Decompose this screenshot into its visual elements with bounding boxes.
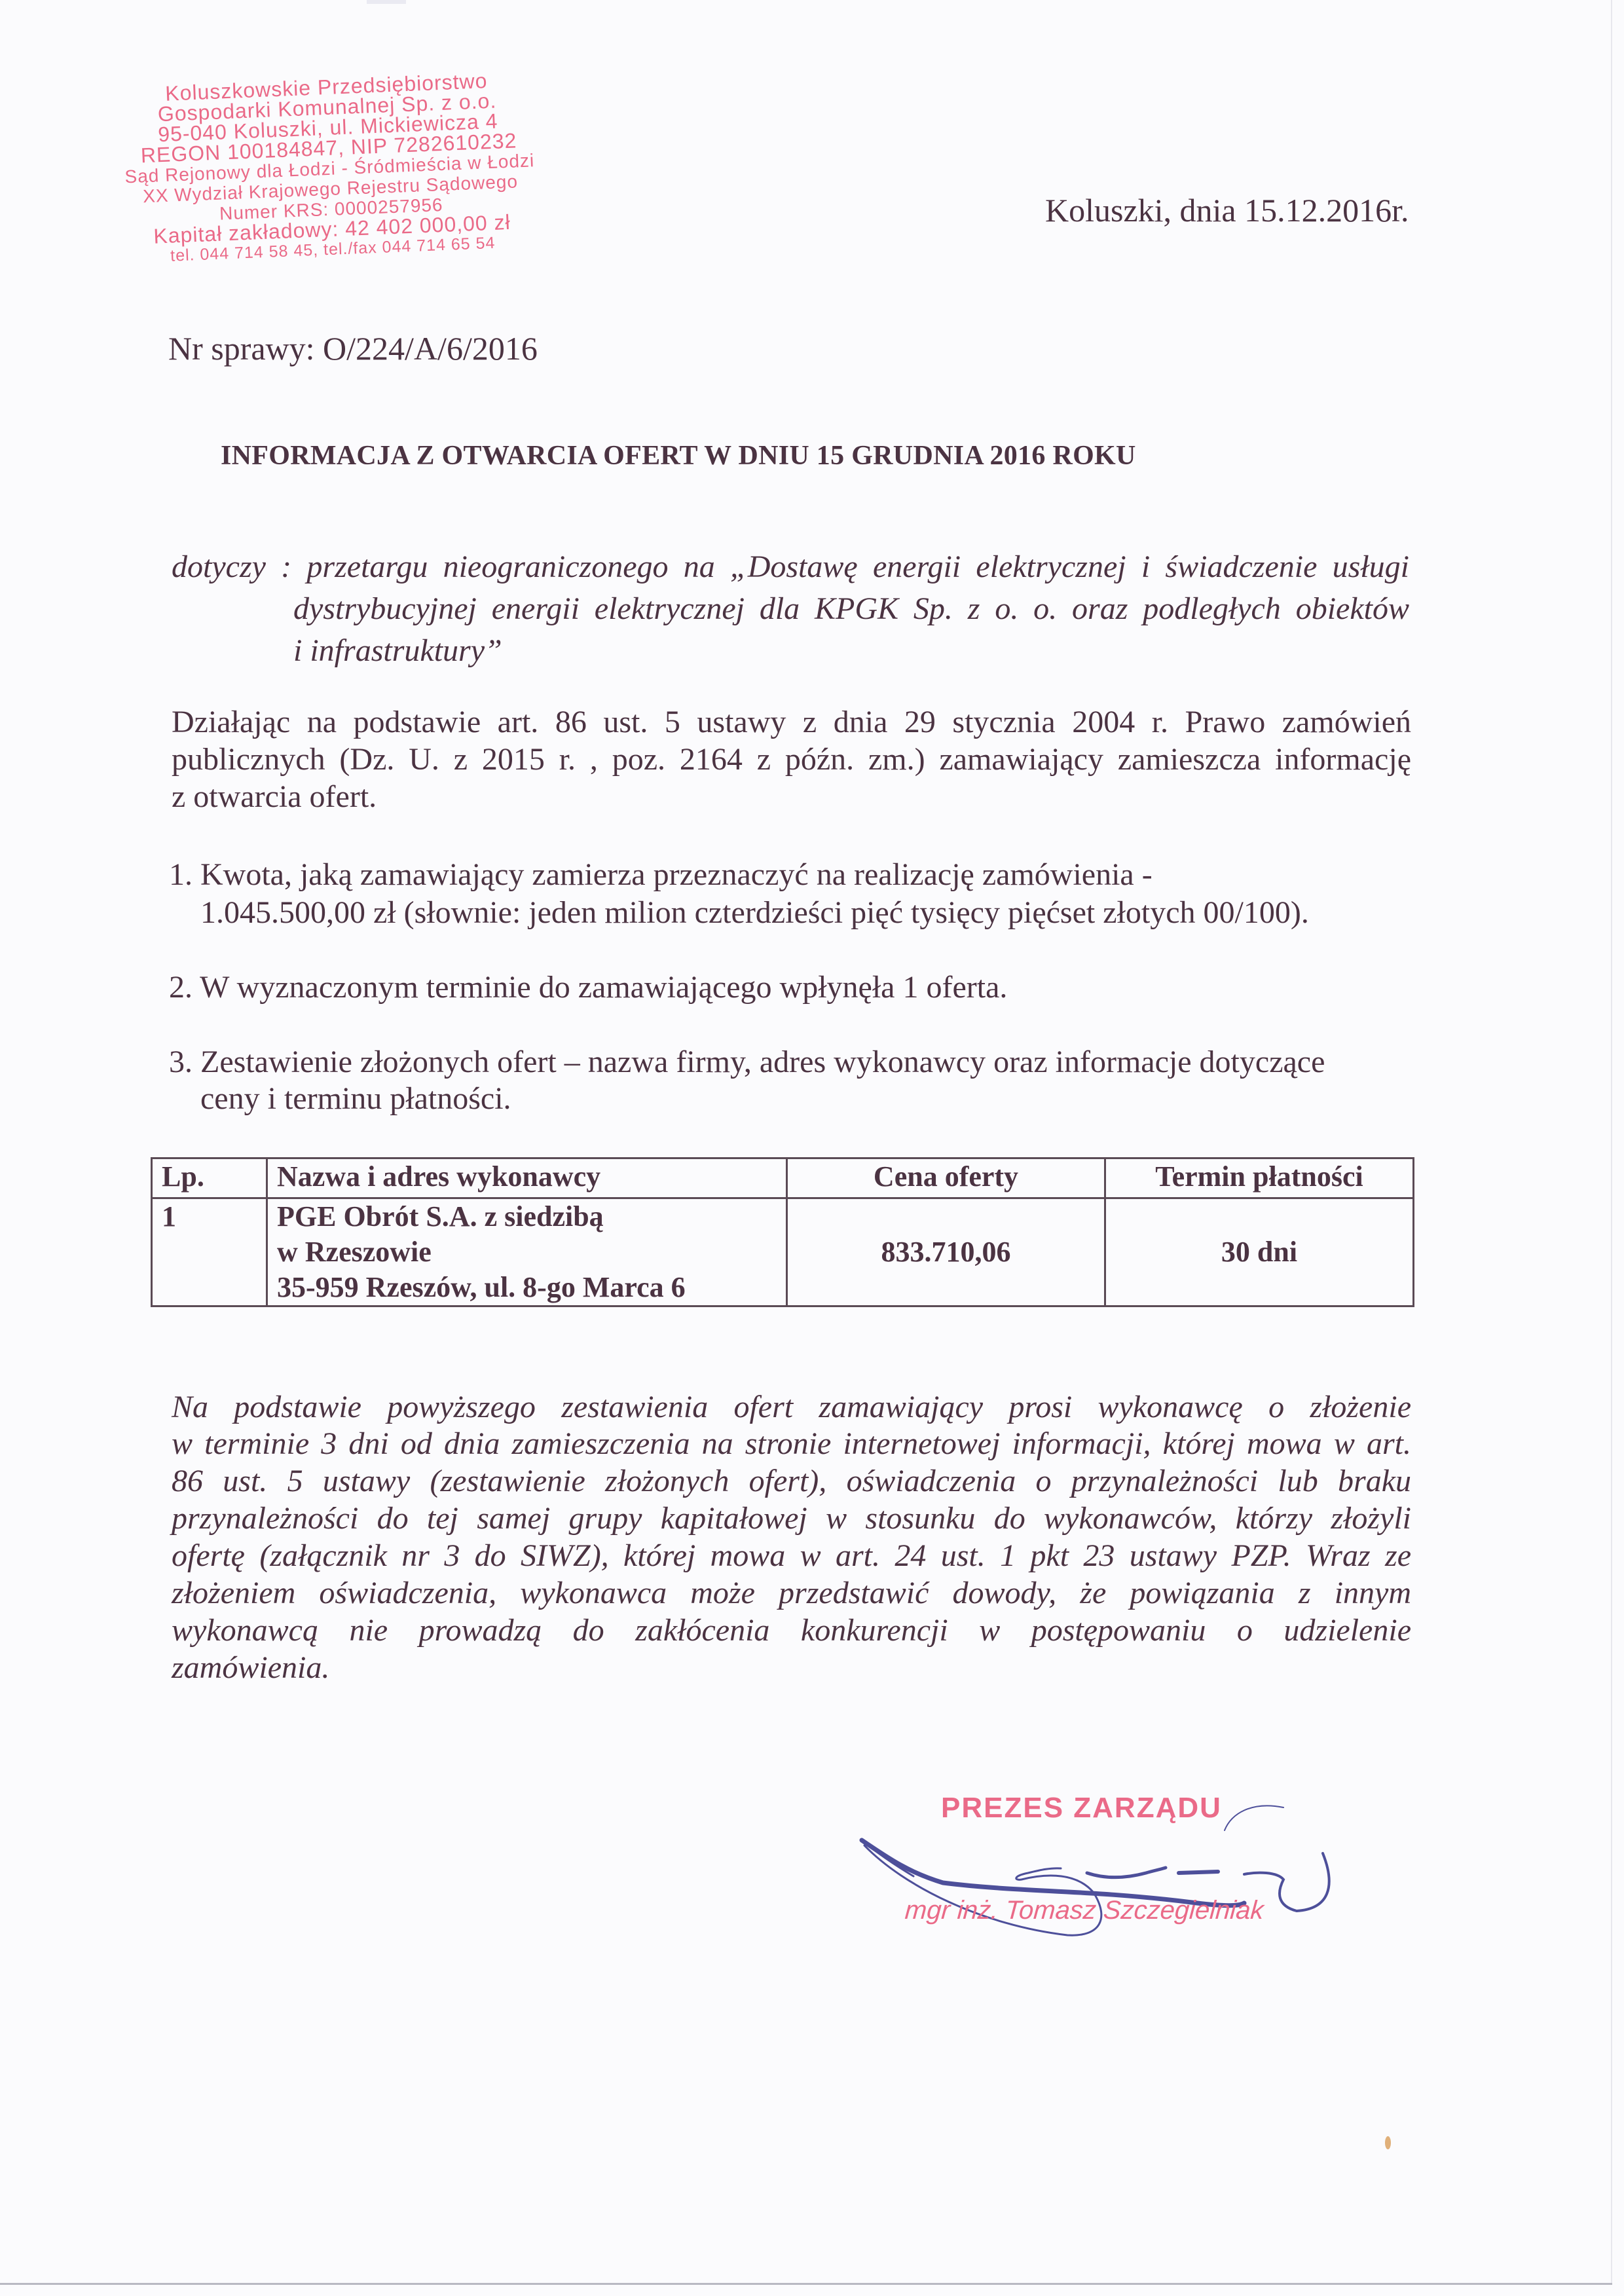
- scan-noise: [367, 0, 406, 4]
- column-header-price: Cena oferty: [787, 1158, 1105, 1198]
- cell-price: 833.710,06: [787, 1198, 1105, 1306]
- contractor-name: PGE Obrót S.A. z siedzibą: [277, 1199, 777, 1234]
- cell-payment-term: 30 dni: [1105, 1198, 1414, 1306]
- list-item-2-line: 2. W wyznaczonym terminie do zamawiające…: [169, 969, 1007, 1005]
- cell-lp: 1: [152, 1198, 267, 1306]
- paragraph-line: złożeniem oświadczenia, wykonawca może p…: [172, 1575, 1411, 1611]
- column-header-payment-term: Termin płatności: [1105, 1158, 1414, 1198]
- paragraph-line: Działając na podstawie art. 86 ust. 5 us…: [172, 704, 1411, 740]
- subject-line: dystrybucyjnej energii elektrycznej dla …: [293, 591, 1409, 627]
- paragraph-line: zamówienia.: [172, 1650, 329, 1686]
- paragraph-line: 86 ust. 5 ustawy (zestawienie złożonych …: [172, 1463, 1411, 1499]
- table-row: 1 PGE Obrót S.A. z siedzibą w Rzeszowie …: [152, 1198, 1414, 1306]
- subject-line: dotyczy : przetargu nieograniczonego na …: [172, 549, 1409, 585]
- offers-table: Lp. Nazwa i adres wykonawcy Cena oferty …: [151, 1157, 1414, 1307]
- signatory-name: mgr inż. Tomasz Szczegielniak: [904, 1896, 1264, 1925]
- paragraph-line: z otwarcia ofert.: [172, 779, 377, 815]
- list-item-1-line: 1. Kwota, jaką zamawiający zamierza prze…: [169, 857, 1153, 893]
- column-header-contractor: Nazwa i adres wykonawcy: [267, 1158, 787, 1198]
- scan-page-edge-right: [1611, 0, 1612, 2284]
- table-header-row: Lp. Nazwa i adres wykonawcy Cena oferty …: [152, 1158, 1414, 1198]
- list-item-1-line: 1.045.500,00 zł (słownie: jeden milion c…: [200, 895, 1309, 931]
- paragraph-line: przynależności do tej samej grupy kapita…: [172, 1500, 1411, 1536]
- cell-contractor: PGE Obrót S.A. z siedzibą w Rzeszowie 35…: [267, 1198, 787, 1306]
- column-header-lp: Lp.: [152, 1158, 267, 1198]
- company-stamp: Koluszkowskie Przedsiębiorstwo Gospodark…: [97, 68, 563, 269]
- contractor-address: 35-959 Rzeszów, ul. 8-go Marca 6: [277, 1270, 777, 1305]
- paragraph-line: w terminie 3 dni od dnia zamieszczenia n…: [172, 1426, 1411, 1462]
- paragraph-line: ofertę (załącznik nr 3 do SIWZ), której …: [172, 1538, 1411, 1574]
- scan-page-edge-bottom: [0, 2283, 1612, 2285]
- paragraph-line: publicznych (Dz. U. z 2015 r. , poz. 216…: [172, 741, 1411, 777]
- place-and-date: Koluszki, dnia 15.12.2016r.: [1045, 191, 1409, 229]
- list-item-3-line: 3. Zestawienie złożonych ofert – nazwa f…: [169, 1044, 1325, 1080]
- paragraph-line: Na podstawie powyższego zestawienia ofer…: [172, 1389, 1411, 1425]
- document-title: INFORMACJA Z OTWARCIA OFERT W DNIU 15 GR…: [221, 440, 1136, 472]
- case-number: Nr sprawy: O/224/A/6/2016: [168, 329, 538, 367]
- scan-speck: [1385, 2136, 1391, 2149]
- handwritten-signature-icon: [851, 1768, 1375, 1965]
- contractor-city: w Rzeszowie: [277, 1234, 777, 1270]
- list-item-3-line: ceny i terminu płatności.: [200, 1081, 511, 1117]
- subject-line: i infrastruktury”: [293, 633, 502, 669]
- paragraph-line: wykonawcą nie prowadzą do zakłócenia kon…: [172, 1612, 1411, 1648]
